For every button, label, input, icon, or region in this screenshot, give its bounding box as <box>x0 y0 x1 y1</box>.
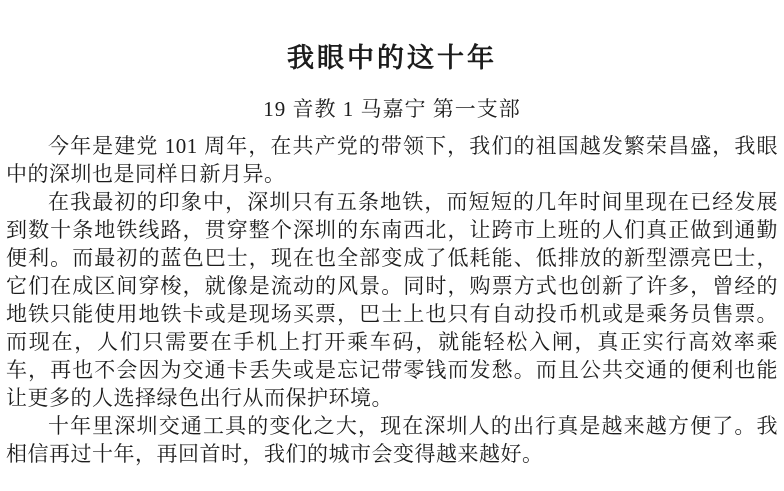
document-body: 今年是建党 101 周年，在共产党的带领下，我们的祖国越发繁荣昌盛，我眼中的深圳… <box>6 132 778 468</box>
document-page: 我眼中的这十年 19 音教 1 马嘉宁 第一支部 今年是建党 101 周年，在共… <box>0 0 784 491</box>
paragraph-intro: 今年是建党 101 周年，在共产党的带领下，我们的祖国越发繁荣昌盛，我眼中的深圳… <box>6 132 778 188</box>
paragraph-conclusion: 十年里深圳交通工具的变化之大，现在深圳人的出行真是越来越方便了。我相信再过十年，… <box>6 412 778 468</box>
paragraph-transport-changes: 在我最初的印象中，深圳只有五条地铁，而短短的几年时间里现在已经发展到数十条地铁线… <box>6 188 778 412</box>
document-title: 我眼中的这十年 <box>6 40 778 76</box>
document-byline: 19 音教 1 马嘉宁 第一支部 <box>6 94 778 124</box>
